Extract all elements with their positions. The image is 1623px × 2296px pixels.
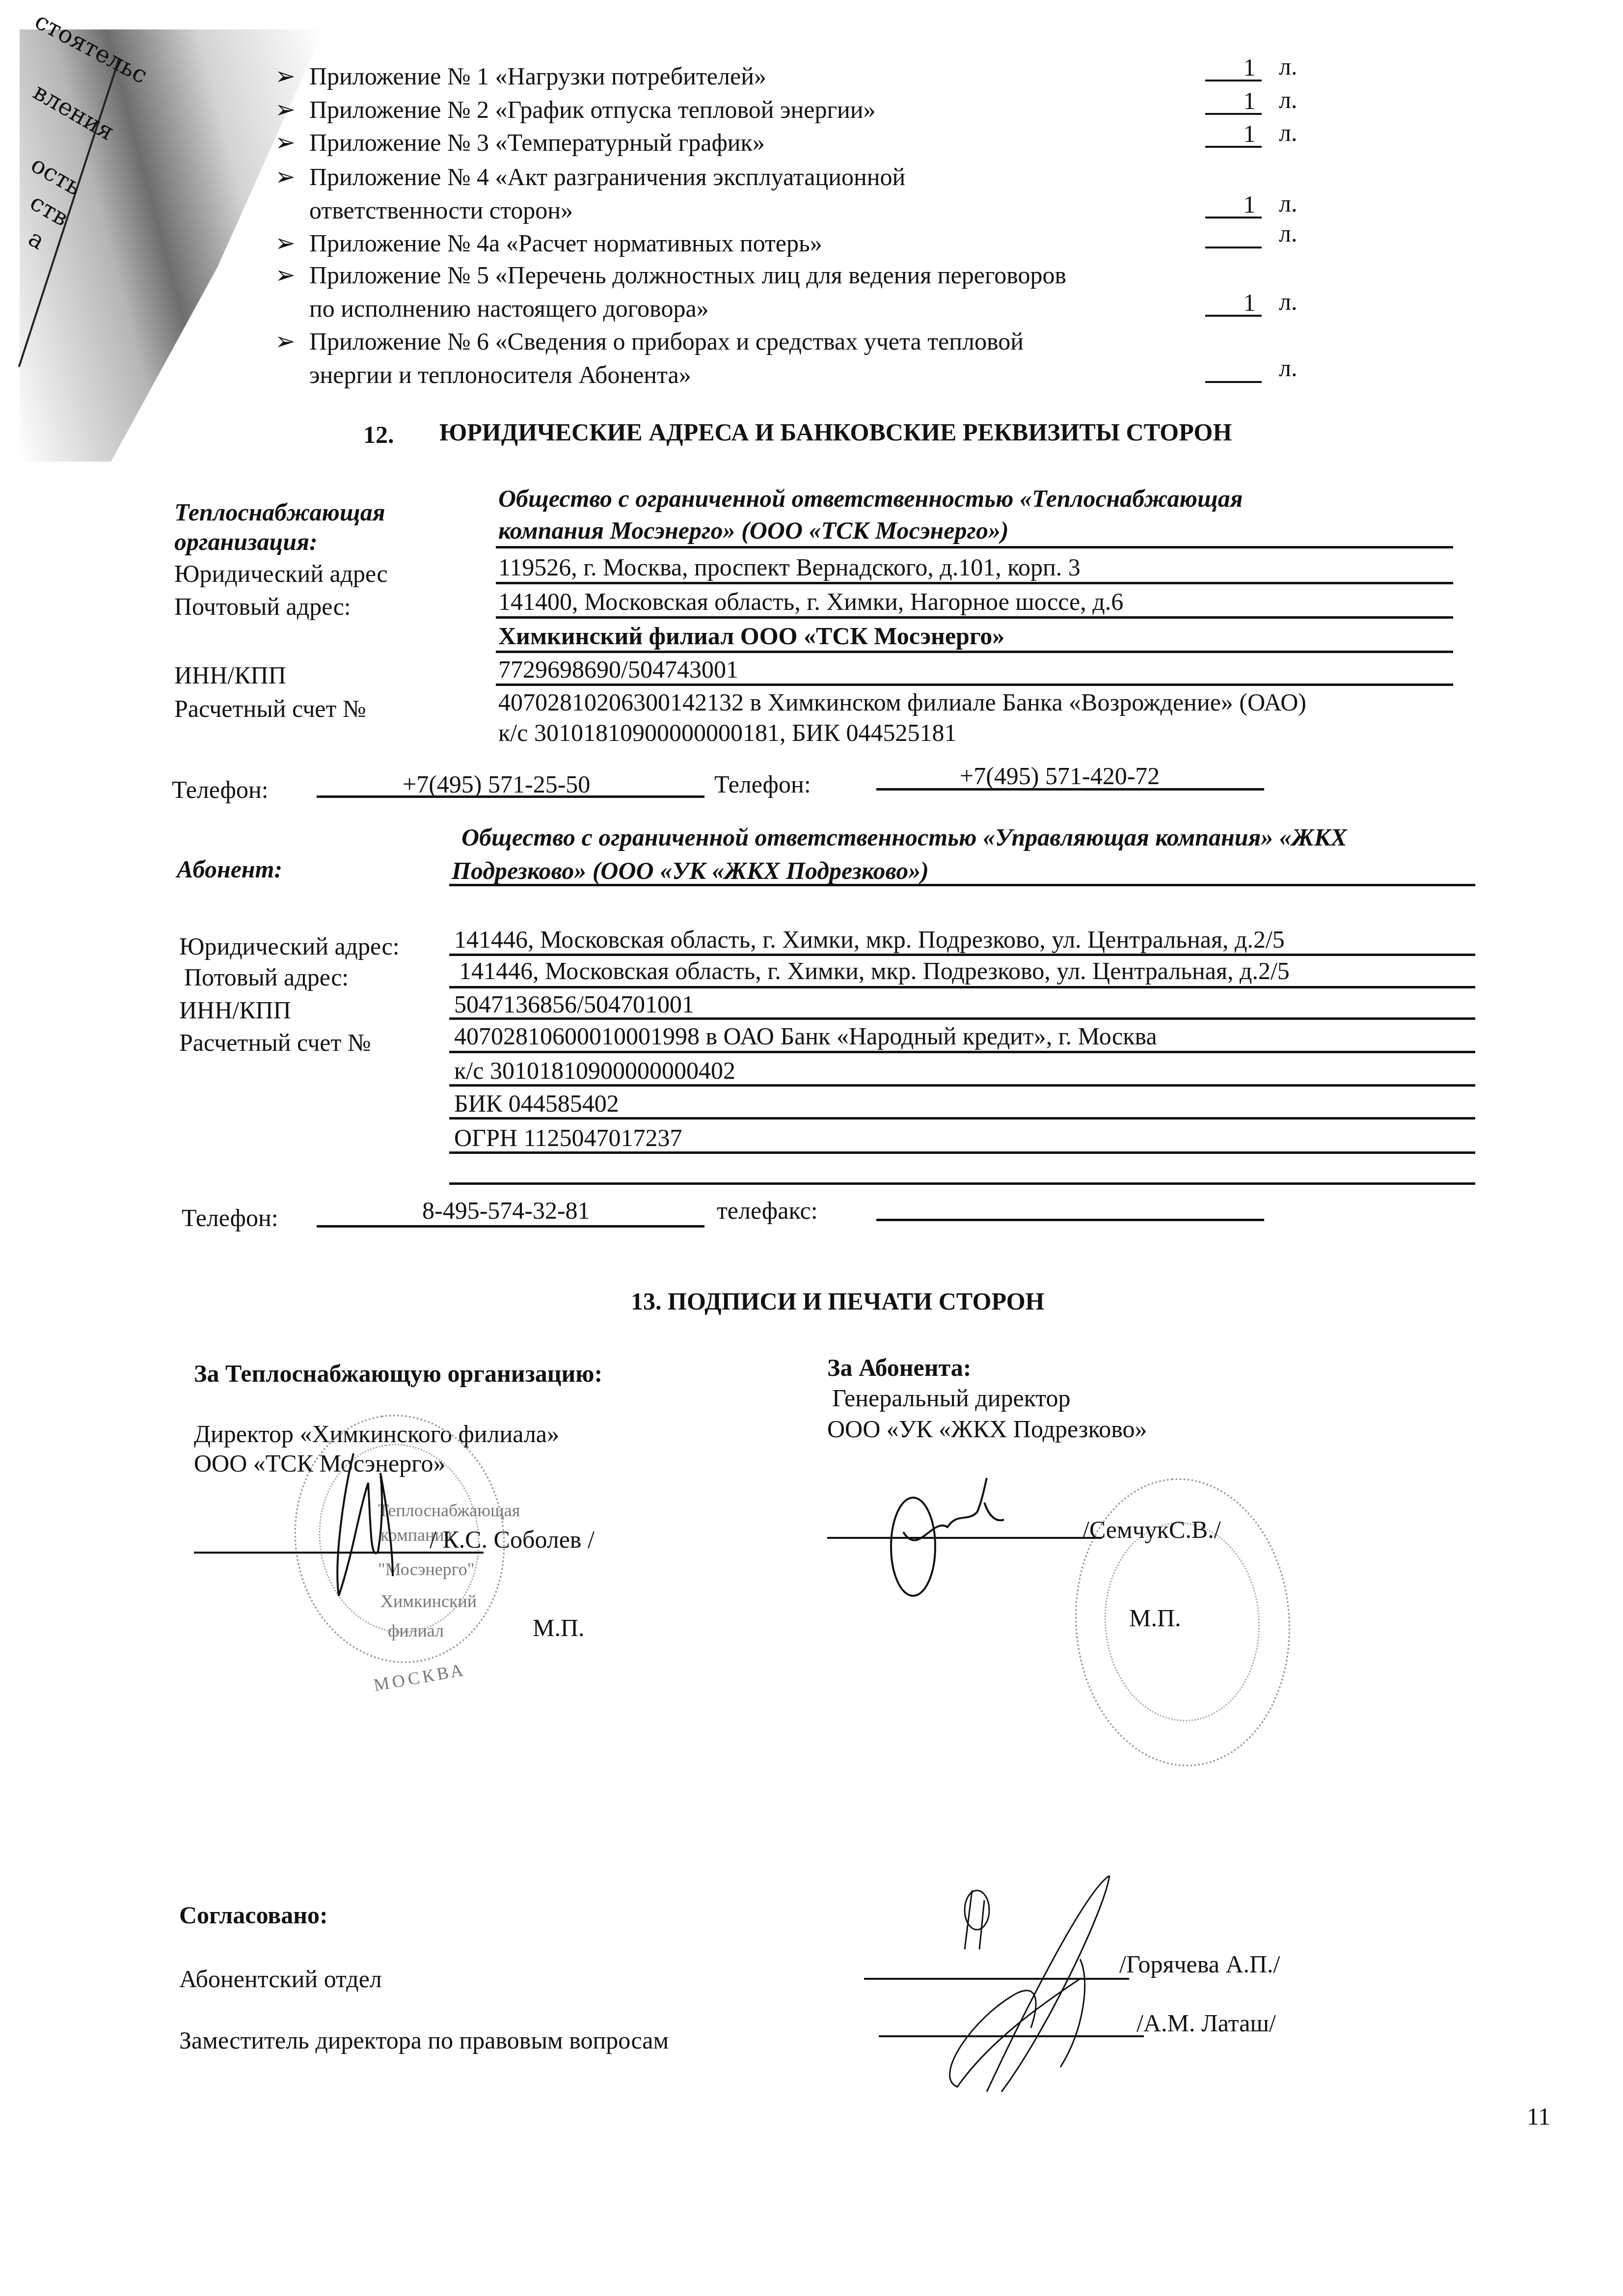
subscriber-signer-position: Генеральный директор <box>832 1386 1070 1410</box>
underline <box>449 1182 1475 1185</box>
sheet-count-underline <box>1205 246 1262 248</box>
subscriber-postal-address: 141446, Московская область, г. Химки, мк… <box>459 958 1290 983</box>
bullet-arrow-icon: ➢ <box>275 64 296 88</box>
underline <box>449 884 1475 886</box>
underline <box>496 546 1453 548</box>
subscriber-bik: БИК 044585402 <box>454 1091 619 1116</box>
subscriber-legal-address: 141446, Московская область, г. Химки, мк… <box>454 927 1285 952</box>
appendix-item-label: Приложение № 2 «График отпуска тепловой … <box>309 97 876 122</box>
subscriber-inn-kpp: 5047136856/504701001 <box>454 992 694 1016</box>
approval-position: Абонентский отдел <box>179 1967 382 1991</box>
appendix-sheet-unit: л. <box>1279 87 1297 112</box>
subscriber-account-label: Расчетный счет № <box>179 1030 371 1055</box>
appendix-item-label: Приложение № 5 «Перечень должностных лиц… <box>309 263 1066 287</box>
supplier-legal-address-label: Юридический адрес <box>174 561 388 586</box>
supplier-account-line1: 40702810206300142132 в Химкинском филиал… <box>498 690 1306 714</box>
sheet-count-underline <box>1205 146 1262 148</box>
appendix-sheet-count: 1 <box>1230 55 1269 80</box>
approval-heading: Согласовано: <box>179 1903 328 1927</box>
subscriber-corr-account: к/с 30101810900000000402 <box>454 1058 735 1083</box>
subscriber-inn-kpp-label: ИНН/КПП <box>179 998 291 1022</box>
underline <box>496 582 1453 584</box>
bullet-arrow-icon: ➢ <box>275 263 296 287</box>
supplier-postal-address-label: Почтовый адрес: <box>174 594 351 619</box>
subscriber-ogrn: ОГРН 1125047017237 <box>454 1125 682 1150</box>
page-number: 11 <box>1527 2104 1550 2129</box>
supplier-phone-label: Телефон: <box>172 777 269 802</box>
appendix-sheet-count: 1 <box>1230 121 1269 146</box>
appendix-item-label: Приложение № 3 «Температурный график» <box>309 130 765 155</box>
subscriber-phone: 8-495-574-32-81 <box>422 1198 590 1223</box>
subscriber-signer-org: ООО «УК «ЖКХ Подрезково» <box>827 1417 1147 1441</box>
approval-signatures <box>874 1871 1129 2097</box>
subscriber-postal-address-label: Потовый адрес: <box>184 965 349 989</box>
underline <box>449 954 1475 956</box>
appendix-item-label: Приложение № 4 «Акт разграничения эксплу… <box>309 164 905 189</box>
section-13-title: 13. ПОДПИСИ И ПЕЧАТИ СТОРОН <box>631 1289 1044 1313</box>
appendix-sheet-count: 1 <box>1230 192 1269 217</box>
subscriber-role-label: Абонент: <box>177 857 282 881</box>
underline <box>317 795 704 798</box>
supplier-signature <box>324 1453 422 1601</box>
sheet-count-underline <box>1205 381 1262 383</box>
supplier-postal-address: 141400, Московская область, г. Химки, На… <box>498 589 1123 614</box>
supplier-account-label: Расчетный счет № <box>174 696 366 721</box>
appendix-item-label: Приложение № 6 «Сведения о приборах и ср… <box>309 329 1024 354</box>
underline <box>449 1117 1475 1120</box>
bullet-arrow-icon: ➢ <box>275 164 296 189</box>
underline <box>496 683 1453 686</box>
subscriber-fax-label: телефакс: <box>717 1198 818 1223</box>
supplier-signer-name: / К.С. Соболев / <box>430 1527 595 1552</box>
appendix-sheet-unit: л. <box>1279 191 1297 216</box>
underline <box>876 1219 1264 1221</box>
supplier-seal-mark: М.П. <box>533 1615 585 1640</box>
bullet-arrow-icon: ➢ <box>275 130 296 155</box>
appendix-sheet-unit: л. <box>1279 355 1297 380</box>
appendix-sheet-unit: л. <box>1279 221 1297 246</box>
supplier-role-label-2: организация: <box>174 529 318 554</box>
stamp-text: МОСКВА <box>372 1659 468 1695</box>
appendix-item-label: Приложение № 1 «Нагрузки потребителей» <box>309 64 766 88</box>
appendix-sheet-count: 1 <box>1230 290 1269 315</box>
underline <box>496 651 1453 653</box>
appendix-sheet-unit: л. <box>1279 120 1297 145</box>
underline <box>449 1151 1475 1154</box>
supplier-name-line1: Общество с ограниченной ответственностью… <box>498 486 1243 511</box>
supplier-name-line2: компания Мосэнерго» (ООО «ТСК Мосэнерго»… <box>498 518 1009 543</box>
supplier-legal-address: 119526, г. Москва, проспект Вернадского,… <box>498 555 1081 579</box>
appendix-item-label-cont: по исполнению настоящего договора» <box>309 296 709 321</box>
subscriber-signature-heading: За Абонента: <box>827 1355 971 1380</box>
appendix-item-label-cont: ответственности сторон» <box>309 198 573 222</box>
supplier-phone2-label: Телефон: <box>714 772 811 796</box>
bullet-arrow-icon: ➢ <box>275 231 296 255</box>
section-12-title: ЮРИДИЧЕСКИЕ АДРЕСА И БАНКОВСКИЕ РЕКВИЗИТ… <box>439 420 1232 444</box>
supplier-inn-kpp: 7729698690/504743001 <box>498 657 738 682</box>
subscriber-name-line2: Подрезково» (ООО «УК «ЖКХ Подрезково») <box>452 858 929 883</box>
subscriber-account: 40702810600010001998 в ОАО Банк «Народны… <box>454 1024 1157 1048</box>
sheet-count-underline <box>1205 80 1262 82</box>
sheet-count-underline <box>1205 315 1262 317</box>
approval-signer: /Горячева А.П./ <box>1119 1952 1280 1976</box>
supplier-phone2: +7(495) 571-420-72 <box>960 764 1160 788</box>
underline <box>449 986 1475 988</box>
stamp-text: филиал <box>388 1620 444 1641</box>
appendix-item-label-cont: энергии и теплоносителя Абонента» <box>309 362 691 387</box>
underline <box>496 616 1453 619</box>
sheet-count-underline <box>1205 217 1262 219</box>
supplier-branch: Химкинский филиал ООО «ТСК Мосэнерго» <box>498 624 1004 648</box>
underline <box>317 1225 704 1228</box>
subscriber-signer-name: /СемчукС.В./ <box>1082 1517 1221 1542</box>
bullet-arrow-icon: ➢ <box>275 329 296 354</box>
underline <box>449 1017 1475 1020</box>
appendix-item-label: Приложение № 4а «Расчет нормативных поте… <box>309 231 822 255</box>
subscriber-seal-mark: М.П. <box>1129 1606 1181 1630</box>
underline <box>449 1084 1475 1087</box>
bullet-arrow-icon: ➢ <box>275 97 296 122</box>
appendix-sheet-unit: л. <box>1279 54 1297 79</box>
appendix-sheet-count: 1 <box>1230 88 1269 113</box>
sheet-count-underline <box>1205 113 1262 115</box>
subscriber-legal-address-label: Юридический адрес: <box>179 934 400 958</box>
approval-position: Заместитель директора по правовым вопрос… <box>179 2028 669 2052</box>
approval-signer: /А.М. Латаш/ <box>1136 2011 1276 2035</box>
subscriber-name-line1: Общество с ограниченной ответственностью… <box>461 825 1347 849</box>
subscriber-signature <box>884 1473 1031 1601</box>
appendix-sheet-unit: л. <box>1279 289 1297 314</box>
section-12-number: 12. <box>363 422 394 447</box>
underline <box>449 1051 1475 1053</box>
supplier-inn-kpp-label: ИНН/КПП <box>174 663 286 687</box>
underline <box>876 788 1264 791</box>
supplier-phone: +7(495) 571-25-50 <box>403 772 590 796</box>
supplier-account-line2: к/с 30101810900000000181, БИК 044525181 <box>498 720 957 745</box>
supplier-signature-heading: За Теплоснабжающую организацию: <box>194 1361 602 1386</box>
supplier-role-label: Теплоснабжающая <box>174 500 385 524</box>
subscriber-phone-label: Телефон: <box>182 1205 278 1230</box>
